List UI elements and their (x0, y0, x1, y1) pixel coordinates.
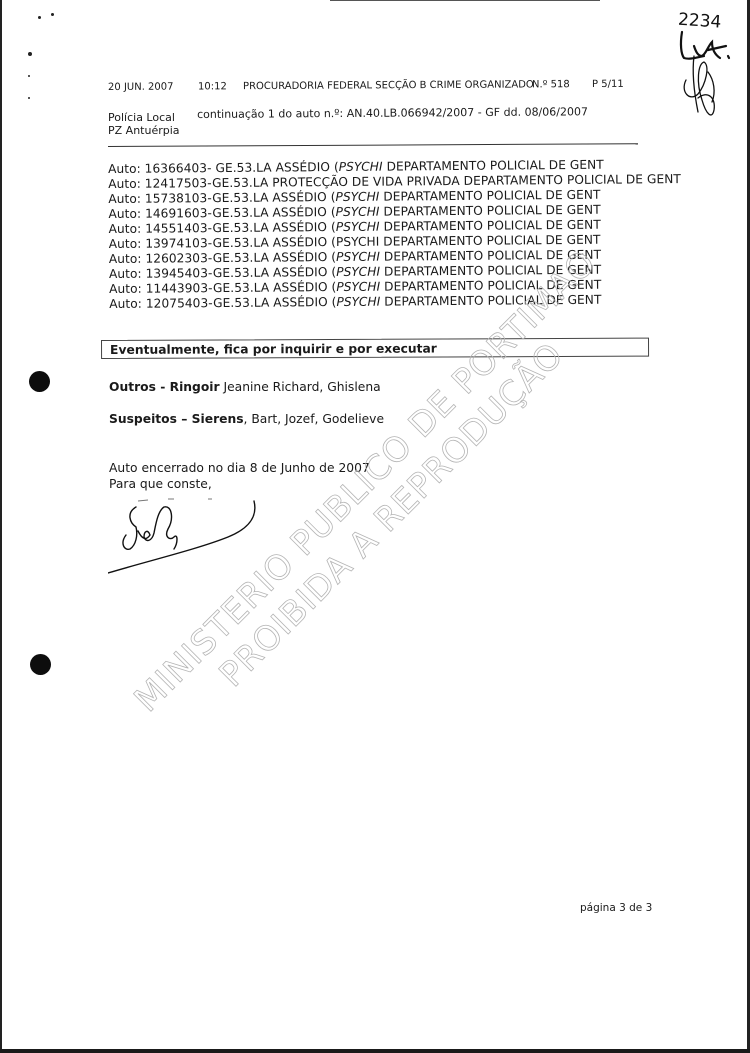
page-number: página 3 de 3 (580, 902, 652, 914)
auto-row-italic: PSYCHI (336, 250, 380, 264)
suspects-label: Suspeitos – (109, 412, 192, 426)
closing-line-2: Para que conste, (109, 476, 370, 492)
issuer-line-1: Polícia Local (108, 111, 175, 124)
others-label: Outros - (109, 380, 170, 394)
auto-row-suffix: DEPARTAMENTO POLICIAL DE GENT (380, 248, 601, 264)
auto-list: Auto: 16366403- GE.53.LA ASSÉDIO (PSYCHI… (108, 157, 682, 312)
auto-row-text: Auto: 11443903-GE.53.LA ASSÉDIO ( (109, 280, 336, 296)
issuer-line-2: PZ Antuérpia (108, 124, 180, 137)
auto-reference: continuação 1 do auto n.º: AN.40.LB.0669… (197, 105, 588, 121)
auto-row-suffix: DEPARTAMENTO POLICIAL DE GENT (379, 188, 600, 204)
auto-row-text: Auto: 14551403-GE.53.LA ASSÉDIO ( (109, 220, 336, 236)
auto-row-text: Auto: 12075403-GE.53.LA ASSÉDIO ( (109, 295, 336, 311)
auto-row-suffix: DEPARTAMENTO POLICIAL DE GENT (380, 218, 601, 234)
scan-speck (28, 75, 30, 77)
auto-row-italic: PSYCHI (339, 160, 383, 174)
auto-row-text: Auto: 12602303-GE.53.LA ASSÉDIO ( (109, 250, 336, 266)
auto-row-italic: PSYCHI (336, 220, 380, 234)
fax-number: N.º 518 (532, 79, 570, 90)
scan-border-left (0, 0, 2, 1053)
others-line: Outros - Ringoir Jeanine Richard, Ghisle… (109, 380, 381, 394)
suspects-surname: Sierens (192, 412, 244, 426)
auto-row-text: Auto: 13945403-GE.53.LA ASSÉDIO ( (109, 265, 336, 281)
suspects-names: , Bart, Jozef, Godelieve (244, 412, 384, 426)
others-names: Jeanine Richard, Ghislena (220, 380, 381, 394)
handwritten-page-number-annotation: 2234 (668, 2, 738, 127)
fax-sender: PROCURADORIA FEDERAL SECÇÃO B CRIME ORGA… (243, 79, 534, 92)
auto-row-italic: PSYCHI (336, 265, 380, 279)
auto-row-text: Auto: 16366403- GE.53.LA ASSÉDIO ( (108, 160, 339, 176)
auto-row-italic: PSYCHI (336, 295, 380, 309)
auto-row-italic: PSYCHI (336, 205, 380, 219)
scan-speck (28, 52, 32, 56)
auto-row-suffix: DEPARTAMENTO POLICIAL DE GENT (379, 203, 600, 219)
punch-hole-upper (29, 371, 50, 392)
header-divider (108, 143, 638, 147)
auto-row-italic: PSYCHI (336, 280, 380, 294)
suspects-line: Suspeitos – Sierens, Bart, Jozef, Godeli… (109, 412, 384, 426)
fax-date: 20 JUN. 2007 (108, 82, 174, 93)
closing-block: Auto encerrado no dia 8 de Junho de 2007… (109, 460, 370, 492)
signature (108, 495, 268, 580)
auto-row-suffix: DEPARTAMENTO POLICIAL DE GENT (380, 278, 601, 294)
auto-row-suffix: DEPARTAMENTO POLICIAL DE GENT (383, 158, 604, 174)
scan-border-top (330, 0, 600, 1)
auto-row-suffix: DEPARTAMENTO POLICIAL DE GENT (380, 263, 601, 279)
scan-speck (28, 97, 30, 99)
scan-border-bottom (0, 1049, 750, 1053)
scan-speck (51, 13, 54, 16)
scan-speck (38, 16, 41, 19)
fax-page: P 5/11 (592, 79, 624, 90)
closing-line-1: Auto encerrado no dia 8 de Junho de 2007 (109, 460, 370, 476)
pending-section-heading: Eventualmente, fica por inquirir e por e… (110, 342, 437, 357)
pending-section-heading-box: Eventualmente, fica por inquirir e por e… (101, 338, 649, 359)
auto-row-text: Auto: 14691603-GE.53.LA ASSÉDIO ( (108, 205, 335, 221)
punch-hole-lower (30, 654, 51, 675)
auto-row-italic: PSYCHI (335, 190, 379, 204)
auto-row-text: Auto: 15738103-GE.53.LA ASSÉDIO ( (108, 190, 335, 206)
others-surname: Ringoir (170, 380, 220, 394)
svg-text:2234: 2234 (677, 10, 722, 33)
fax-time: 10:12 (198, 81, 227, 92)
auto-row-suffix: DEPARTAMENTO POLICIAL DE GENT (380, 293, 601, 309)
